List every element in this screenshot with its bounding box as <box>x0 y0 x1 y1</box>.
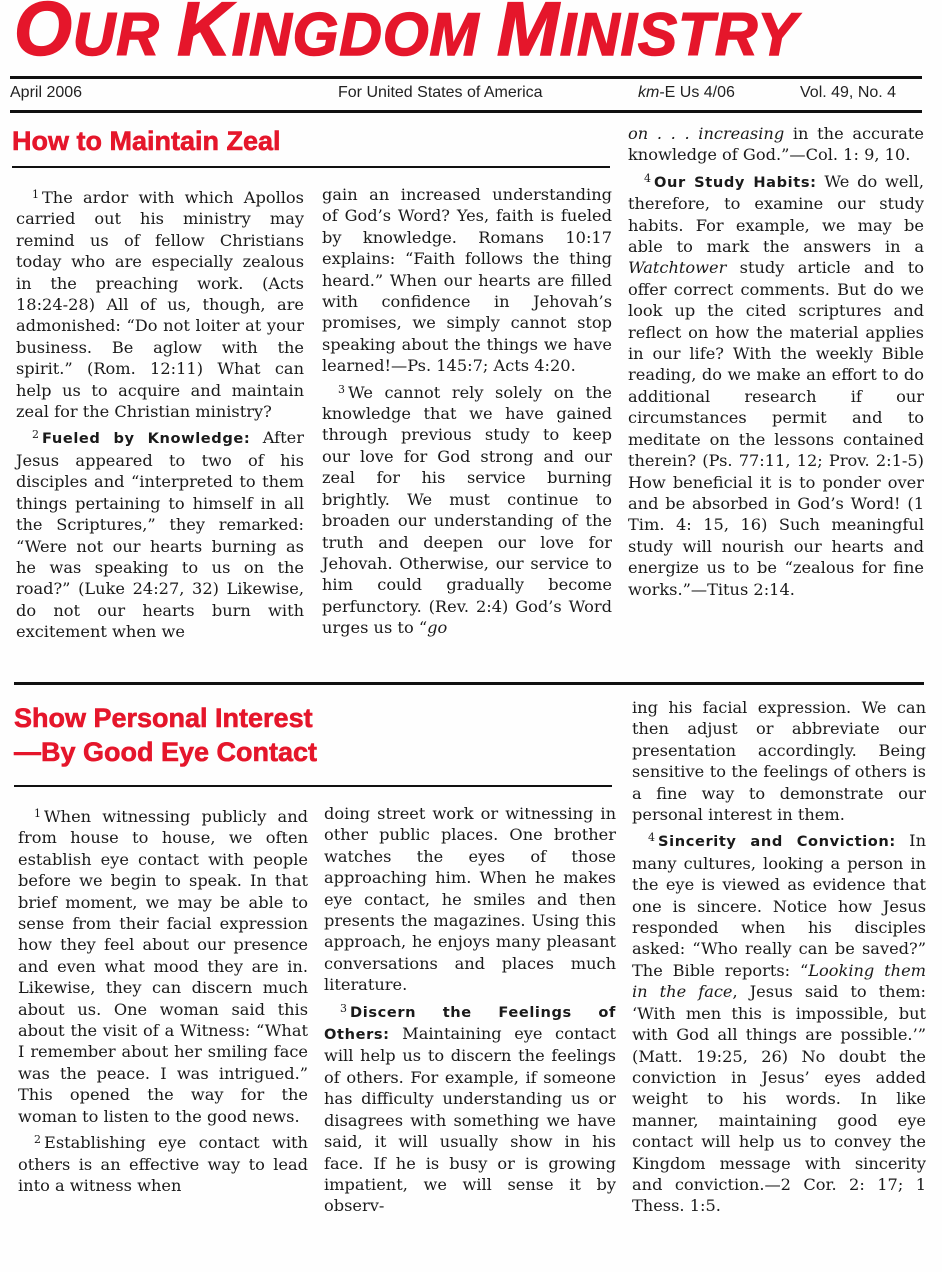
article2-paragraph-2-continued: doing street work or witnessing in other… <box>324 803 616 996</box>
article1-headline: How to Maintain Zeal <box>12 124 281 158</box>
article2-paragraph-1: 1When witnessing publicly and from house… <box>18 803 308 1127</box>
issue-info-bar: April 2006 For United States of America … <box>10 82 922 106</box>
issue-edition: For United States of America <box>338 84 543 102</box>
article2-column-1: 1When witnessing publicly and from house… <box>18 803 308 1196</box>
issue-volume: Vol. 49, No. 4 <box>800 84 896 102</box>
article1-headline-rule <box>12 166 610 168</box>
article2-headline-line2: —By Good Eye Contact <box>14 735 317 769</box>
article-divider-rule <box>14 682 924 685</box>
masthead-bottom-rule <box>10 110 922 113</box>
article2-headline-rule <box>14 785 612 787</box>
article1-subheading-fueled: Fueled by Knowledge: <box>42 430 250 447</box>
article2-column-3: ing his facial expression. We can then a… <box>632 697 926 1217</box>
article2-paragraph-2: 2Establishing eye contact with others is… <box>18 1129 308 1196</box>
article1-subheading-study-habits: Our Study Habits: <box>654 174 817 191</box>
issue-code: km-E Us 4/06 <box>638 84 735 102</box>
masthead-title: OUR KINGDOM MINISTRY <box>14 0 916 66</box>
article2-paragraph-3-continued: ing his facial expression. We can then a… <box>632 697 926 825</box>
article1-column-1: 1The ardor with which Apollos carried ou… <box>16 184 304 643</box>
article2-subheading-sincerity: Sincerity and Conviction: <box>658 833 896 850</box>
article1-column-2: gain an increased understanding of God’s… <box>322 184 612 639</box>
masthead-top-rule <box>10 76 922 79</box>
article1-paragraph-1: 1The ardor with which Apollos carried ou… <box>16 184 304 422</box>
article1-paragraph-2-continued: gain an increased understanding of God’s… <box>322 184 612 377</box>
article1-paragraph-2: 2Fueled by Knowledge: After Jesus appear… <box>16 424 304 642</box>
issue-date: April 2006 <box>10 84 82 102</box>
article1-paragraph-4: 4Our Study Habits: We do well, therefore… <box>628 168 924 600</box>
article2-paragraph-4: 4Sincerity and Conviction: In many cultu… <box>632 827 926 1216</box>
article2-paragraph-3: 3Discern the Feelings of Others: Maintai… <box>324 998 616 1217</box>
article1-paragraph-3: 3We cannot rely solely on the knowledge … <box>322 379 612 639</box>
article1-column-3: on . . . increasing in the accurate know… <box>628 123 924 600</box>
article2-headline: Show Personal Interest —By Good Eye Cont… <box>14 701 317 769</box>
article1-paragraph-3-continued: on . . . increasing in the accurate know… <box>628 123 924 166</box>
article2-headline-line1: Show Personal Interest <box>14 701 317 735</box>
article2-column-2: doing street work or witnessing in other… <box>324 803 616 1217</box>
